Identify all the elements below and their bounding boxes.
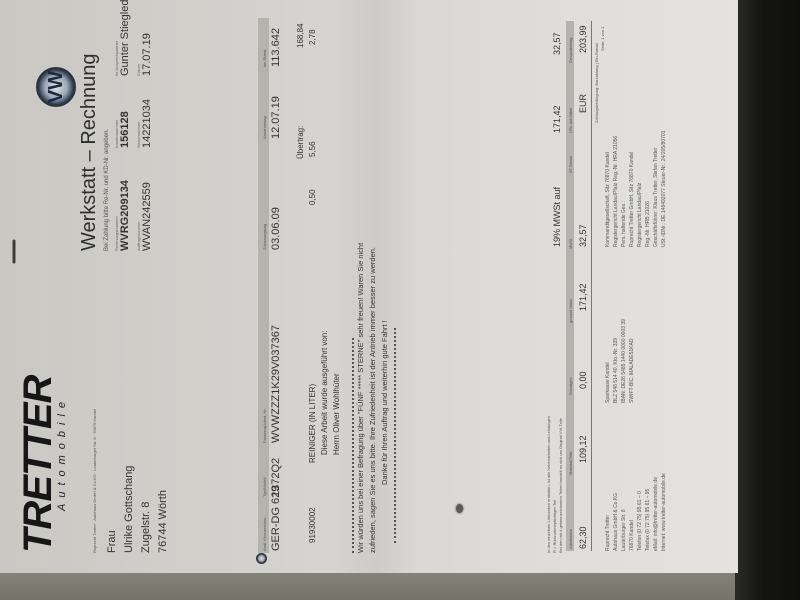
item-quantity: 0,50	[308, 189, 317, 205]
totals-col-other: Sonstiges	[568, 377, 573, 395]
vat-amount: 32,57	[552, 32, 562, 55]
totals-col-at-tax: AT-Steuer	[568, 155, 573, 173]
invoice-document: TRETTER Automobile Ruprecht Tretter · Au…	[0, 0, 738, 573]
vehicle-reg-date: 03.06.09	[270, 207, 282, 250]
totals-underline	[591, 21, 592, 551]
totals-col-labor: Arbeitslohn	[568, 529, 573, 549]
header-field-contact: Ihr Ansprechpartner Gunter Stiegleder	[114, 0, 131, 76]
totals-col-grand: Gesamtbetrag	[568, 38, 573, 63]
sender-line: Ruprecht Tretter · Autohaus GmbH & Co.KG…	[92, 409, 97, 553]
vehicle-accept-date: 12.07.19	[270, 96, 282, 139]
message-bottom-divider	[394, 328, 396, 543]
recipient-street: Zugelstr. 8	[138, 466, 155, 553]
vat-line-label: 19% MWSt auf	[552, 187, 562, 247]
work-note-line1: Diese Arbeit wurde ausgeführt von:	[320, 330, 329, 455]
totals-col-net: gesamt Netto	[568, 299, 573, 323]
recipient-name: Ulrike Gottschang	[121, 466, 138, 553]
company-logo: TRETTER	[16, 376, 61, 553]
footer-address: Ruprecht Tretter Autohaus GmbH & Co.KG L…	[604, 473, 668, 551]
staple-icon	[13, 240, 16, 264]
vw-small-icon	[256, 553, 267, 564]
vehicle-col-model: Typ/Modell	[262, 478, 267, 497]
total-labor: 62,30	[578, 526, 588, 549]
header-field-order-number: Auftragsnummer WVAN242559	[136, 182, 153, 251]
total-net: 171,42	[578, 283, 588, 311]
vw-logo-icon: VW	[36, 67, 76, 107]
header-field-date: Datum 17.07.19	[136, 33, 153, 76]
payment-note: Bei Zahlung bitte Re-Nr. und KD-Nr. ange…	[104, 129, 110, 251]
vehicle-model: 1372Q2	[270, 458, 282, 497]
vat-base: 171,42	[552, 105, 562, 133]
vehicle-km: 113.642	[270, 28, 282, 67]
vehicle-col-plate: Amtl. Kennzeichen	[262, 518, 267, 551]
vehicle-header-bar	[258, 18, 269, 553]
page-number: Seite: 1 von 1	[600, 27, 605, 51]
item-description: REINIGER (IN LITER)	[308, 384, 317, 463]
total-grand: 203,99	[578, 25, 588, 53]
carryover-value: 168,84	[296, 24, 305, 48]
message-line3: Danke für Ihren Auftrag und weiterhin gu…	[380, 320, 389, 485]
punch-hole	[456, 504, 463, 513]
header-field-tax-number: Steuernummer 14221034	[136, 99, 153, 148]
footnote-2: R = Rücknahmepflichtiger Teil	[552, 500, 557, 553]
page-title: Werkstatt – Rechnung	[78, 53, 101, 251]
total-parts: 109,12	[578, 435, 588, 463]
message-line1: Wir würden uns bei einer Befragung über …	[356, 243, 365, 553]
recipient-city: 76744 Wörth	[155, 466, 172, 553]
vehicle-col-vin: Fahrzeug-Ident.-Nr.	[262, 408, 267, 443]
dark-background	[735, 0, 800, 600]
total-vat: 32,57	[578, 224, 588, 247]
vehicle-col-reg-date: Zulassungstag	[262, 224, 267, 250]
carryover-label: Übertrag:	[296, 126, 305, 159]
message-top-divider	[352, 338, 354, 553]
vehicle-col-km: km-Stand	[262, 50, 267, 67]
message-line2: zufrieden, sagen Sie es uns bitte. Ihre …	[368, 247, 377, 553]
vehicle-vin: WVWZZZ1K29V037367	[270, 325, 282, 443]
item-total: 2,78	[308, 29, 317, 45]
work-note-line2: Herrn Oliver Wohlhüter	[332, 373, 341, 455]
item-price: 5,56	[308, 141, 317, 157]
item-number: 91930002	[308, 507, 317, 543]
footer-bank: Sparkasse Kandel BLZ 548 514 40, Kto.-Nr…	[604, 319, 636, 403]
header-field-invoice-number: Rechnungsnummer WVRG209134	[114, 180, 131, 251]
company-logo-subtitle: Automobile	[56, 396, 68, 511]
vehicle-col-accept-date: Annahmetag	[262, 116, 267, 139]
payment-terms: Zahlungsbedingung: Barzahlung | Ein-Raba…	[594, 43, 599, 123]
footnote-1: In den einzelnen Lohnzeiten enthalten, i…	[546, 416, 551, 553]
recipient-address: Frau Ulrike Gottschang Zugelstr. 8 76744…	[104, 466, 172, 553]
totals-col-ust: USt. auf Altteil	[568, 108, 573, 133]
header-field-customer-number: Kundennummer 156128	[114, 111, 131, 148]
recipient-salutation: Frau	[104, 466, 121, 553]
total-other: 0,00	[578, 371, 588, 389]
total-currency: EUR	[578, 94, 588, 113]
footer-legal: Kommanditgesellschaft, Sitz 76870 Kandel…	[604, 131, 668, 247]
totals-col-parts: Material/Teile	[568, 451, 573, 475]
totals-col-vat: MwSt.	[568, 238, 573, 249]
footnote-3: Bei den mit # gekennzeichneten Teilen ha…	[558, 418, 563, 553]
